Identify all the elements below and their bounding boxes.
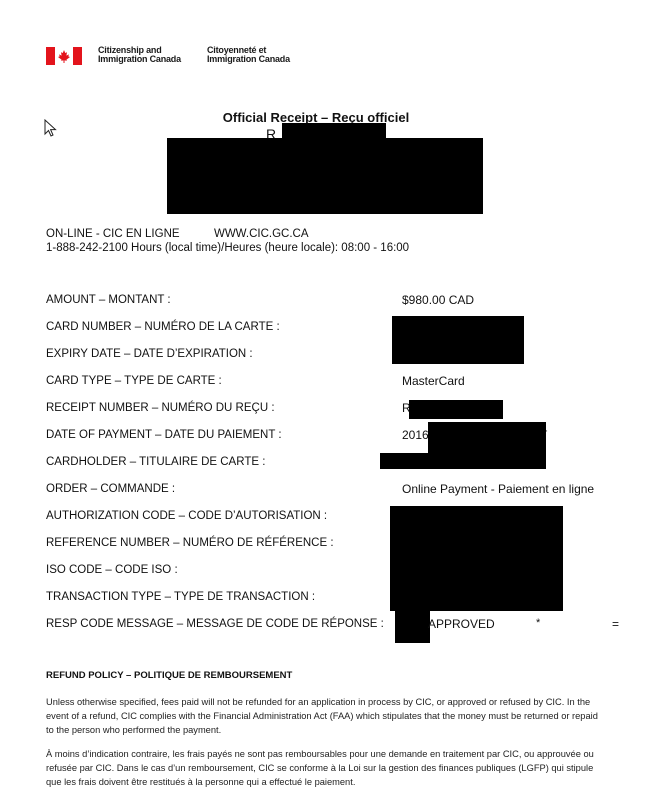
canada-flag-icon <box>46 47 82 65</box>
label-date-of-payment: DATE OF PAYMENT – DATE DU PAIEMENT : <box>46 429 282 441</box>
value-card-type: MasterCard <box>402 374 465 388</box>
redaction-block <box>390 506 563 611</box>
dept-fr-line2: Immigration Canada <box>207 55 290 64</box>
label-iso-code: ISO CODE – CODE ISO : <box>46 564 178 576</box>
resp-marker-equals: = <box>612 617 619 631</box>
label-receipt-number: RECEIPT NUMBER – NUMÉRO DU REÇU : <box>46 402 275 414</box>
value-order: Online Payment - Paiement en ligne <box>402 482 594 496</box>
label-amount: AMOUNT – MONTANT : <box>46 294 171 306</box>
redaction-block <box>392 316 524 364</box>
department-name-fr: Citoyenneté et Immigration Canada <box>207 46 290 64</box>
label-reference-number: REFERENCE NUMBER – NUMÉRO DE RÉFÉRENCE : <box>46 537 334 549</box>
contact-phone-hours: 1-888-242-2100 Hours (local time)/Heures… <box>46 242 409 254</box>
label-cardholder: CARDHOLDER – TITULAIRE DE CARTE : <box>46 456 265 468</box>
label-transaction-type: TRANSACTION TYPE – TYPE DE TRANSACTION : <box>46 591 315 603</box>
contact-online: ON-LINE - CIC EN LIGNE WWW.CIC.GC.CA <box>46 228 309 240</box>
redaction-block <box>409 400 503 419</box>
dept-en-line2: Immigration Canada <box>98 55 181 64</box>
label-card-type: CARD TYPE – TYPE DE CARTE : <box>46 375 222 387</box>
label-order: ORDER – COMMANDE : <box>46 483 175 495</box>
label-card-number: CARD NUMBER – NUMÉRO DE LA CARTE : <box>46 321 280 333</box>
refund-policy-heading: REFUND POLICY – POLITIQUE DE REMBOURSEME… <box>46 670 292 681</box>
department-name-en: Citizenship and Immigration Canada <box>98 46 181 64</box>
online-label: ON-LINE - CIC EN LIGNE <box>46 228 180 240</box>
value-resp-code-message: APPROVED <box>428 617 495 631</box>
label-authorization-code: AUTHORIZATION CODE – CODE D’AUTORISATION… <box>46 510 327 522</box>
refund-policy-fr: À moins d’indication contraire, les frai… <box>46 747 606 789</box>
resp-marker-asterisk: * <box>536 617 540 629</box>
label-resp-code-message: RESP CODE MESSAGE – MESSAGE DE CODE DE R… <box>46 618 384 630</box>
website-link[interactable]: WWW.CIC.GC.CA <box>214 228 309 240</box>
redaction-block <box>380 453 546 469</box>
refund-policy-en: Unless otherwise specified, fees paid wi… <box>46 695 606 737</box>
label-expiry-date: EXPIRY DATE – DATE D’EXPIRATION : <box>46 348 253 360</box>
value-amount: $980.00 CAD <box>402 293 474 307</box>
redaction-block <box>395 611 430 643</box>
value-date-of-payment: 2016 <box>402 428 429 442</box>
redaction-block <box>167 138 483 214</box>
